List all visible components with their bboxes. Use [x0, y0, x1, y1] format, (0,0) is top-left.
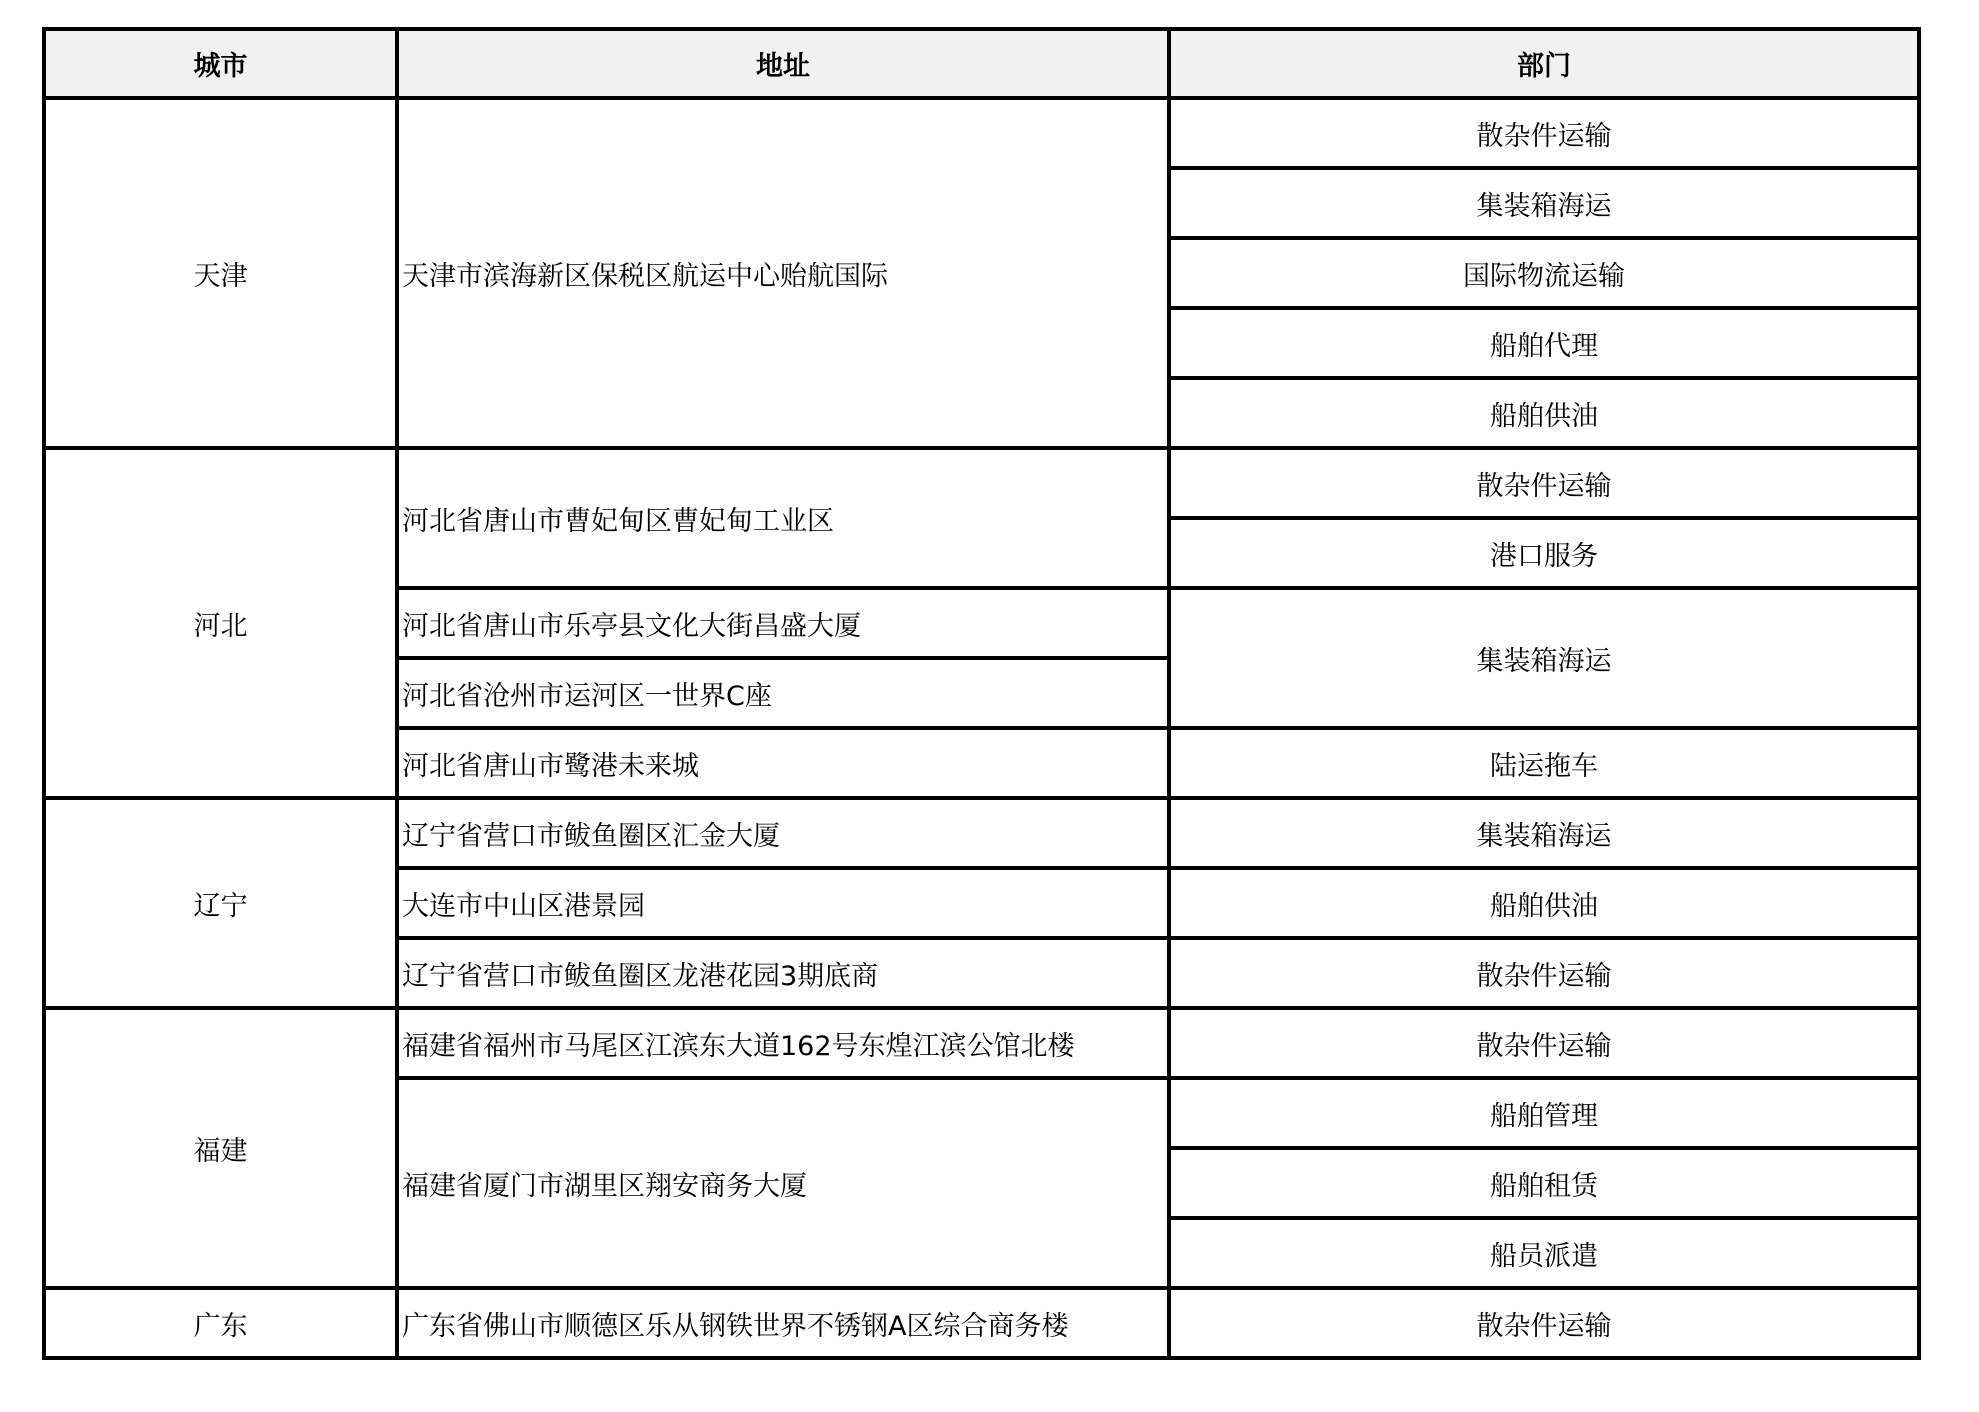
department-cell: 船舶租赁	[1169, 1148, 1919, 1218]
address-cell: 大连市中山区港景园	[397, 868, 1169, 938]
department-cell: 陆运拖车	[1169, 728, 1919, 798]
department-cell: 集装箱海运	[1169, 588, 1919, 728]
column-header-department: 部门	[1169, 29, 1919, 98]
table-row: 河北河北省唐山市曹妃甸区曹妃甸工业区散杂件运输	[44, 448, 1919, 518]
address-cell: 河北省唐山市乐亭县文化大街昌盛大厦	[397, 588, 1169, 658]
column-header-address: 地址	[397, 29, 1169, 98]
department-cell: 船舶管理	[1169, 1078, 1919, 1148]
department-cell: 集装箱海运	[1169, 798, 1919, 868]
department-cell: 散杂件运输	[1169, 98, 1919, 168]
column-header-city: 城市	[44, 29, 397, 98]
department-cell: 集装箱海运	[1169, 168, 1919, 238]
city-cell: 广东	[44, 1288, 397, 1358]
header-row: 城市 地址 部门	[44, 29, 1919, 98]
department-cell: 船舶供油	[1169, 868, 1919, 938]
table-row: 辽宁辽宁省营口市鲅鱼圈区汇金大厦集装箱海运	[44, 798, 1919, 868]
department-cell: 港口服务	[1169, 518, 1919, 588]
table-row: 广东广东省佛山市顺德区乐从钢铁世界不锈钢A区综合商务楼散杂件运输	[44, 1288, 1919, 1358]
city-cell: 天津	[44, 98, 397, 448]
department-cell: 散杂件运输	[1169, 1008, 1919, 1078]
department-cell: 国际物流运输	[1169, 238, 1919, 308]
department-cell: 散杂件运输	[1169, 448, 1919, 518]
department-cell: 船员派遣	[1169, 1218, 1919, 1288]
city-cell: 福建	[44, 1008, 397, 1288]
address-cell: 河北省唐山市鹭港未来城	[397, 728, 1169, 798]
page: 城市 地址 部门 天津天津市滨海新区保税区航运中心贻航国际散杂件运输集装箱海运国…	[0, 0, 1979, 1412]
department-cell: 船舶供油	[1169, 378, 1919, 448]
address-cell: 广东省佛山市顺德区乐从钢铁世界不锈钢A区综合商务楼	[397, 1288, 1169, 1358]
city-cell: 河北	[44, 448, 397, 798]
locations-table: 城市 地址 部门 天津天津市滨海新区保税区航运中心贻航国际散杂件运输集装箱海运国…	[42, 27, 1921, 1360]
address-cell: 福建省福州市马尾区江滨东大道162号东煌江滨公馆北楼	[397, 1008, 1169, 1078]
address-cell: 天津市滨海新区保税区航运中心贻航国际	[397, 98, 1169, 448]
table-body: 天津天津市滨海新区保税区航运中心贻航国际散杂件运输集装箱海运国际物流运输船舶代理…	[44, 98, 1919, 1358]
address-cell: 河北省沧州市运河区一世界C座	[397, 658, 1169, 728]
address-cell: 辽宁省营口市鲅鱼圈区龙港花园3期底商	[397, 938, 1169, 1008]
address-cell: 河北省唐山市曹妃甸区曹妃甸工业区	[397, 448, 1169, 588]
department-cell: 散杂件运输	[1169, 938, 1919, 1008]
department-cell: 船舶代理	[1169, 308, 1919, 378]
address-cell: 辽宁省营口市鲅鱼圈区汇金大厦	[397, 798, 1169, 868]
department-cell: 散杂件运输	[1169, 1288, 1919, 1358]
table-row: 天津天津市滨海新区保税区航运中心贻航国际散杂件运输	[44, 98, 1919, 168]
table-header: 城市 地址 部门	[44, 29, 1919, 98]
table-row: 福建福建省福州市马尾区江滨东大道162号东煌江滨公馆北楼散杂件运输	[44, 1008, 1919, 1078]
city-cell: 辽宁	[44, 798, 397, 1008]
address-cell: 福建省厦门市湖里区翔安商务大厦	[397, 1078, 1169, 1288]
